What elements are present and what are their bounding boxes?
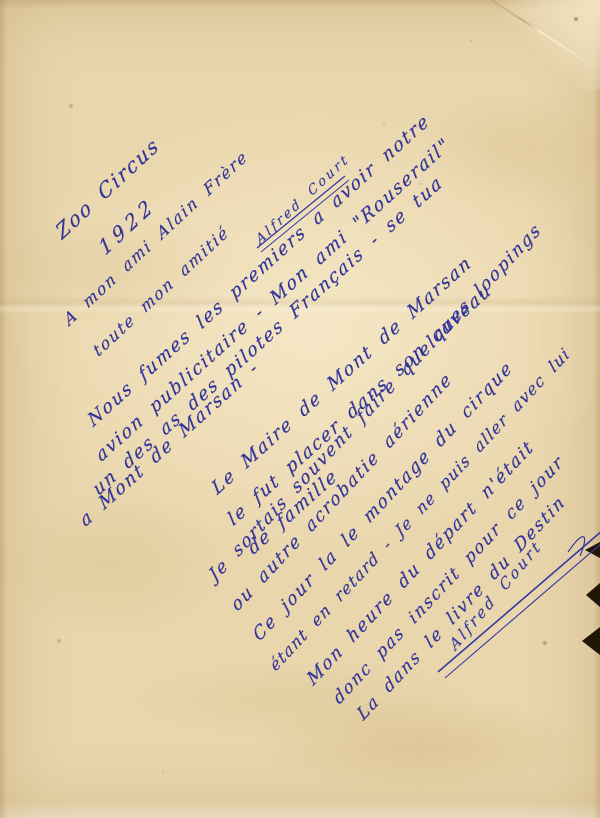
signature-flourish (408, 512, 600, 682)
top-right-corner-fold (450, 0, 600, 90)
paper-specks (0, 0, 2, 2)
aged-paper-page: Zoo Circus 1922 A mon ami Alain Frère to… (0, 0, 600, 818)
